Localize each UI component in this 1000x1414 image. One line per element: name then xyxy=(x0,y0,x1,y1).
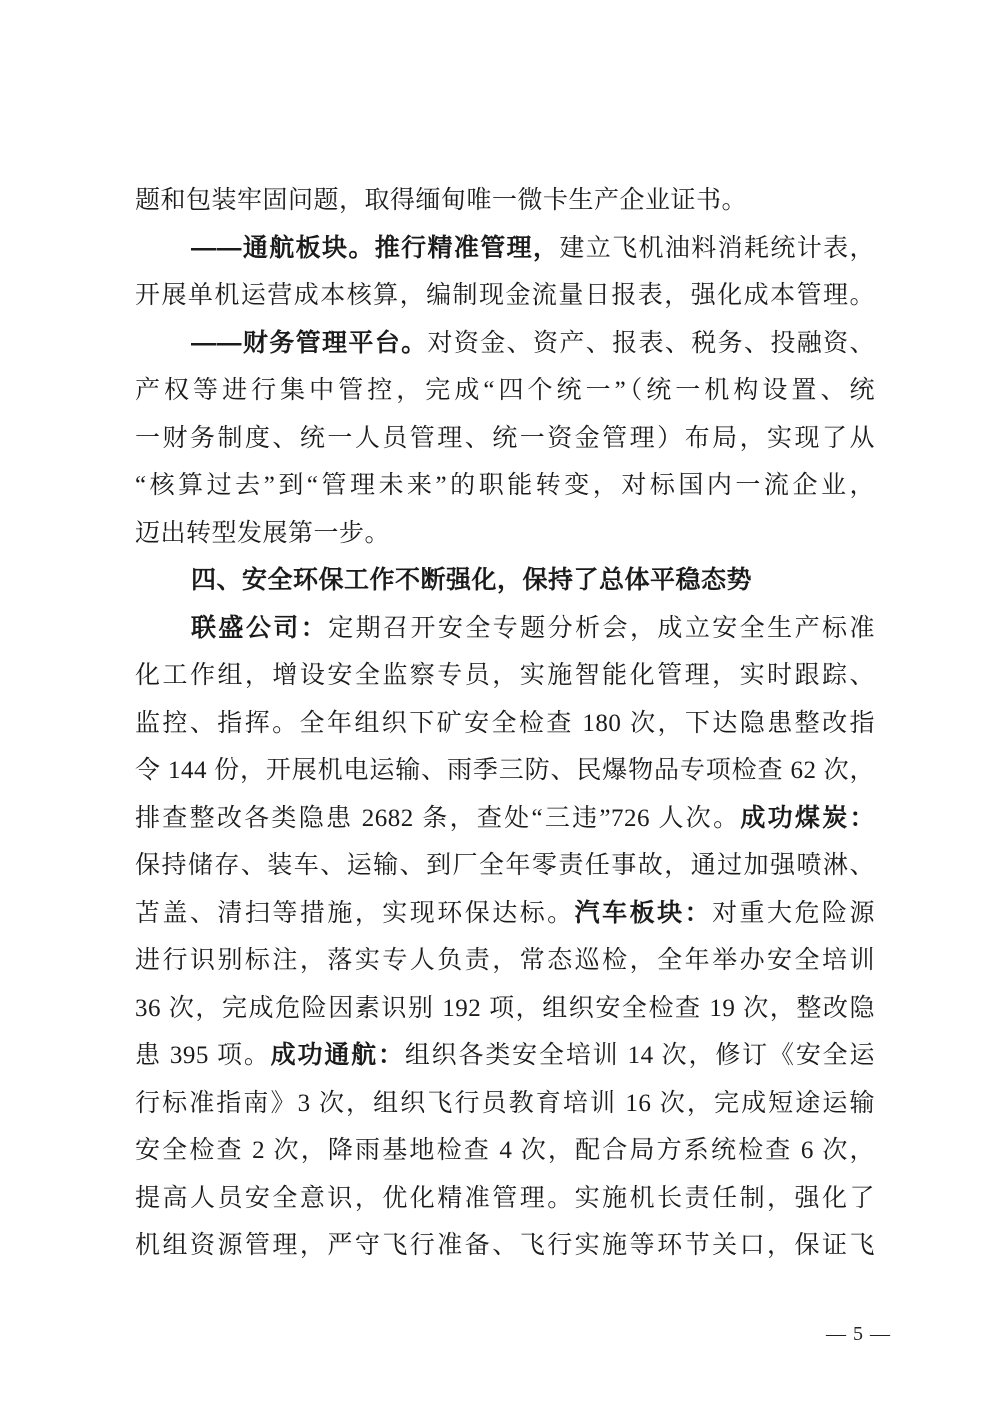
text-run: 建立飞机油料消耗统计表， xyxy=(559,235,875,262)
heading-text: 四、安全环保工作不断强化，保持了总体平稳态势 xyxy=(191,566,752,594)
text-run: 机组资源管理，严守飞行准备、飞行实施等环节关口，保证飞 xyxy=(135,1232,875,1259)
text-run: 对资金、资产、报表、税务、投融资、 xyxy=(428,330,875,357)
text-run: 患 395 项。 xyxy=(135,1042,271,1069)
text-line: 令 144 份，开展机电运输、雨季三防、民爆物品专项检查 62 次， xyxy=(135,747,875,795)
text-line: ——财务管理平台。对资金、资产、报表、税务、投融资、 xyxy=(135,320,875,368)
bold-run: 成功通航： xyxy=(271,1041,405,1069)
text-run: 对重大危险源 xyxy=(712,900,875,927)
text-line: 开展单机运营成本核算，编制现金流量日报表，强化成本管理。 xyxy=(135,272,875,320)
text-line: 苫盖、清扫等措施，实现环保达标。汽车板块：对重大危险源 xyxy=(135,890,875,938)
text-line: 患 395 项。成功通航：组织各类安全培训 14 次，修订《安全运 xyxy=(135,1032,875,1080)
text-line: ——通航板块。推行精准管理，建立飞机油料消耗统计表， xyxy=(135,225,875,273)
text-line: 行标准指南》3 次，组织飞行员教育培训 16 次，完成短途运输 xyxy=(135,1080,875,1128)
bold-run: 联盛公司： xyxy=(191,614,328,642)
text-run: 题和包装牢固问题，取得缅甸唯一微卡生产企业证书。 xyxy=(135,187,747,214)
text-run: 产权等进行集中管控，完成“四个统一”（统一机构设置、统 xyxy=(135,377,875,404)
text-run: 定期召开安全专题分析会，成立安全生产标准 xyxy=(328,615,875,642)
text-run: 令 144 份，开展机电运输、雨季三防、民爆物品专项检查 62 次， xyxy=(135,757,875,784)
text-line: 监控、指挥。全年组织下矿安全检查 180 次，下达隐患整改指 xyxy=(135,700,875,748)
section-heading: 四、安全环保工作不断强化，保持了总体平稳态势 xyxy=(135,557,875,605)
text-line: 36 次，完成危险因素识别 192 项，组织安全检查 19 次，整改隐 xyxy=(135,985,875,1033)
document-body: 题和包装牢固问题，取得缅甸唯一微卡生产企业证书。 ——通航板块。推行精准管理，建… xyxy=(135,177,875,1270)
bold-run: ——财务管理平台。 xyxy=(191,329,428,357)
text-run: 苫盖、清扫等措施，实现环保达标。 xyxy=(135,900,575,927)
text-line: 联盛公司：定期召开安全专题分析会，成立安全生产标准 xyxy=(135,605,875,653)
text-line: 一财务制度、统一人员管理、统一资金管理）布局，实现了从 xyxy=(135,415,875,463)
text-run: 化工作组，增设安全监察专员，实施智能化管理，实时跟踪、 xyxy=(135,662,875,689)
text-line: 安全检查 2 次，降雨基地检查 4 次，配合局方系统检查 6 次， xyxy=(135,1127,875,1175)
text-run: 保持储存、装车、运输、到厂全年零责任事故，通过加强喷淋、 xyxy=(135,852,875,879)
text-line: 进行识别标注，落实专人负责，常态巡检，全年举办安全培训 xyxy=(135,937,875,985)
text-line: 保持储存、装车、运输、到厂全年零责任事故，通过加强喷淋、 xyxy=(135,842,875,890)
bold-run: 汽车板块： xyxy=(575,899,712,927)
text-line: 题和包装牢固问题，取得缅甸唯一微卡生产企业证书。 xyxy=(135,177,875,225)
text-line: “核算过去”到“管理未来”的职能转变，对标国内一流企业， xyxy=(135,462,875,510)
text-run: 迈出转型发展第一步。 xyxy=(135,520,390,547)
text-line: 排查整改各类隐患 2682 条，查处“三违”726 人次。成功煤炭： xyxy=(135,795,875,843)
text-run: 进行识别标注，落实专人负责，常态巡检，全年举办安全培训 xyxy=(135,947,875,974)
text-run: 一财务制度、统一人员管理、统一资金管理）布局，实现了从 xyxy=(135,425,875,452)
text-run: 行标准指南》3 次，组织飞行员教育培训 16 次，完成短途运输 xyxy=(135,1090,875,1117)
text-line: 机组资源管理，严守飞行准备、飞行实施等环节关口，保证飞 xyxy=(135,1222,875,1270)
text-run: 开展单机运营成本核算，编制现金流量日报表，强化成本管理。 xyxy=(135,282,875,309)
text-line: 迈出转型发展第一步。 xyxy=(135,510,875,558)
bold-run: 成功煤炭： xyxy=(740,804,875,832)
text-line: 产权等进行集中管控，完成“四个统一”（统一机构设置、统 xyxy=(135,367,875,415)
text-run: 36 次，完成危险因素识别 192 项，组织安全检查 19 次，整改隐 xyxy=(135,995,875,1022)
text-run: 安全检查 2 次，降雨基地检查 4 次，配合局方系统检查 6 次， xyxy=(135,1137,875,1164)
text-line: 提高人员安全意识，优化精准管理。实施机长责任制，强化了 xyxy=(135,1175,875,1223)
text-run: 组织各类安全培训 14 次，修订《安全运 xyxy=(405,1042,875,1069)
text-run: “核算过去”到“管理未来”的职能转变，对标国内一流企业， xyxy=(135,472,875,499)
text-run: 排查整改各类隐患 2682 条，查处“三违”726 人次。 xyxy=(135,805,740,832)
bold-run: ——通航板块。推行精准管理， xyxy=(191,234,559,262)
text-line: 化工作组，增设安全监察专员，实施智能化管理，实时跟踪、 xyxy=(135,652,875,700)
text-run: 监控、指挥。全年组织下矿安全检查 180 次，下达隐患整改指 xyxy=(135,710,875,737)
document-page: 题和包装牢固问题，取得缅甸唯一微卡生产企业证书。 ——通航板块。推行精准管理，建… xyxy=(0,0,1000,1414)
text-run: 提高人员安全意识，优化精准管理。实施机长责任制，强化了 xyxy=(135,1185,875,1212)
page-number: — 5 — xyxy=(826,1320,891,1348)
